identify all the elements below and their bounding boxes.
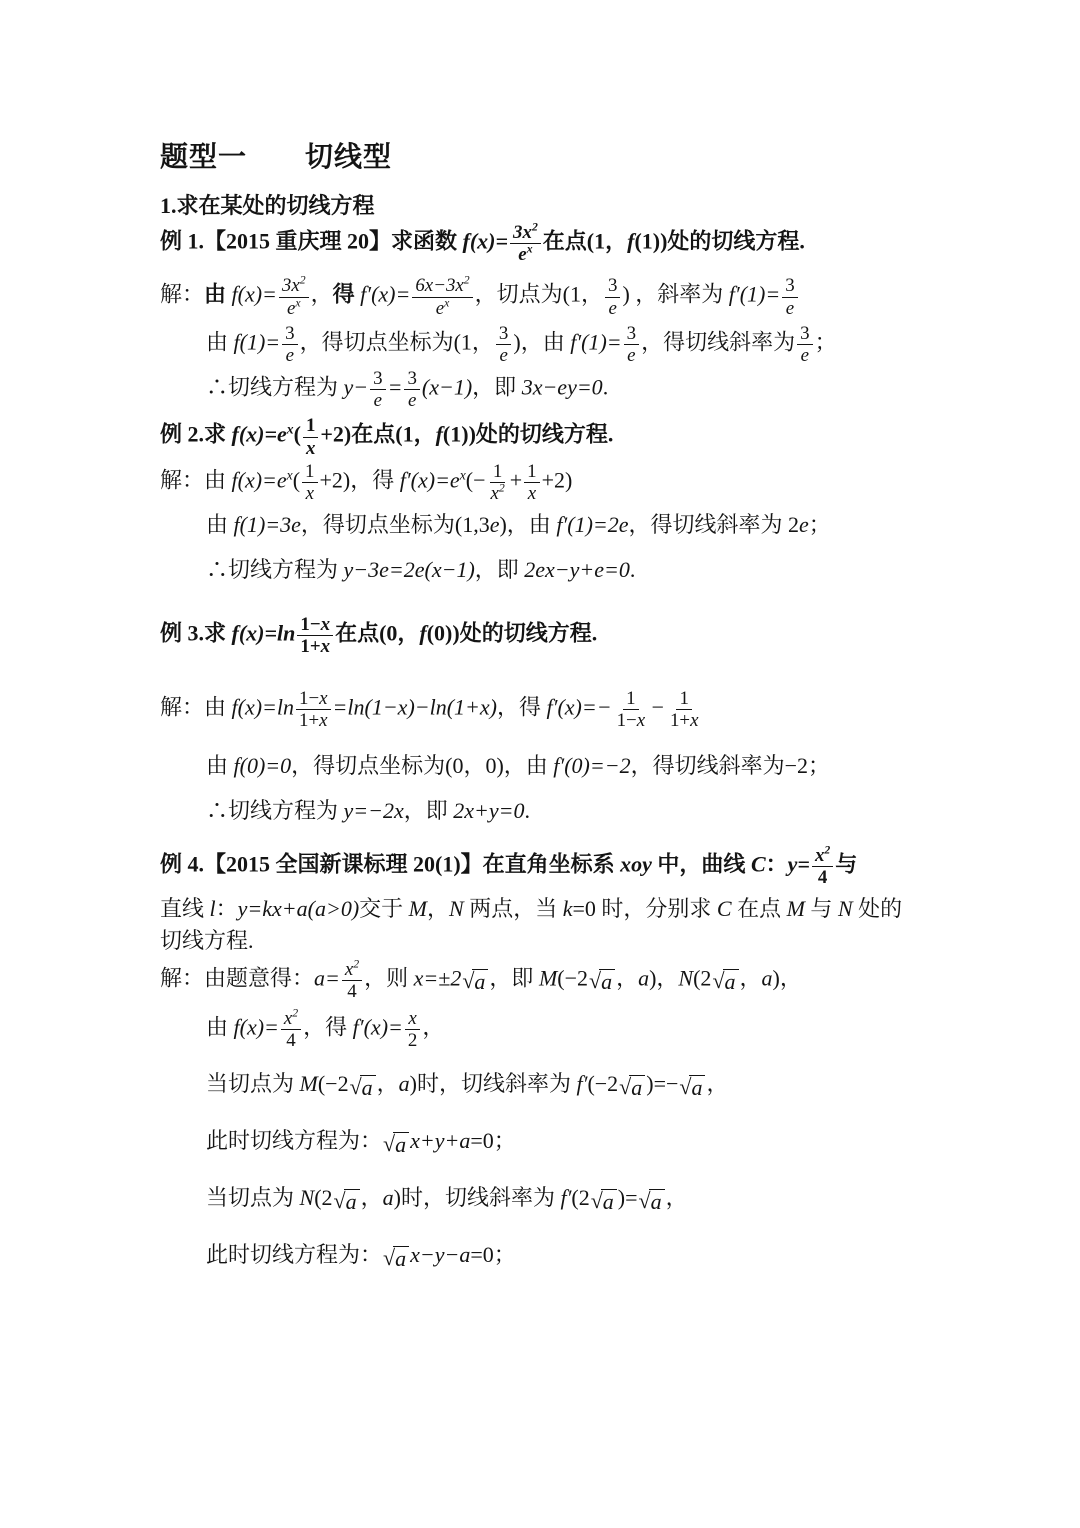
- text-segment: =0 时，分别求: [572, 896, 716, 921]
- math-segment: f(x)=e: [232, 422, 287, 447]
- math-segment: y=kx+a(a>0): [238, 896, 359, 921]
- math-segment: e: [436, 298, 444, 319]
- text-segment: 处的: [853, 896, 903, 921]
- text-segment: (−2: [587, 1071, 618, 1096]
- math-segment: x−y−a: [410, 1242, 470, 1267]
- text-segment: (1))处的切线方程.: [634, 229, 804, 254]
- text-segment: 解：由: [160, 468, 232, 493]
- math-segment: a: [395, 1246, 406, 1271]
- math-segment: x: [690, 710, 698, 731]
- text-segment: 1+: [670, 710, 690, 731]
- text-segment: )，: [649, 965, 678, 990]
- sqrt-radical: √a: [712, 969, 738, 994]
- math-segment: e: [627, 345, 635, 366]
- text-segment: ，: [422, 1015, 444, 1040]
- ex3-sol-3: ∴切线方程为 y=−2x，即 2x+y=0.: [160, 796, 950, 825]
- text-segment: ∴切线方程为: [206, 557, 344, 582]
- ex3-sol-2: 由 f(0)=0，得切点坐标为(0，0)，由 f′(0)=−2，得切线斜率为−2…: [160, 751, 950, 780]
- sqrt-radical: √a: [350, 1075, 376, 1100]
- text-segment: ，得切点坐标为(1,3: [301, 512, 490, 537]
- text-segment: 3: [373, 368, 382, 389]
- fraction: x24: [342, 959, 362, 1002]
- math-segment: f(x)=: [232, 282, 277, 307]
- ex2-heading: 例 2.求 f(x)=ex(1x+2)在点(1，f(1))处的切线方程.: [160, 415, 950, 458]
- math-segment: e: [518, 244, 526, 265]
- math-segment: x: [319, 688, 327, 709]
- text-segment: 3: [499, 323, 508, 344]
- fraction: 3e: [782, 275, 797, 318]
- text-segment: 与: [805, 896, 838, 921]
- text-segment: ，得切线斜率为−2；: [631, 753, 830, 778]
- ex4-sol-4: 此时切线方程为：√ax+y+a=0；: [160, 1126, 950, 1157]
- superscript: 2: [292, 1007, 298, 1020]
- text-segment: .: [603, 375, 609, 400]
- text-segment: 3: [285, 323, 294, 344]
- text-segment: 3: [608, 275, 617, 296]
- text-segment: (−: [466, 468, 486, 493]
- text-segment: 由: [206, 512, 234, 537]
- sqrt-radical: √a: [679, 1075, 705, 1100]
- text-segment: (2: [314, 1185, 332, 1210]
- superscript: 2: [300, 274, 306, 287]
- text-segment: ，即: [472, 375, 522, 400]
- text-segment: ：: [766, 852, 788, 877]
- math-segment: f′(0)=−2: [553, 753, 630, 778]
- text-segment: ，: [311, 282, 333, 307]
- math-segment: f(x)=: [463, 229, 509, 254]
- math-segment: f: [436, 422, 443, 447]
- text-segment: ，得切线斜率为: [641, 329, 795, 354]
- doc-title: 题型一 切线型: [160, 140, 950, 177]
- text-segment: 1: [527, 461, 536, 482]
- math-segment: x: [321, 636, 330, 657]
- text-segment: (: [294, 422, 301, 447]
- text-segment: 3: [800, 323, 809, 344]
- text-segment: 解：由题意得：: [160, 965, 314, 990]
- math-segment: e: [786, 298, 794, 319]
- math-segment: e: [609, 298, 617, 319]
- math-segment: y=−2x: [344, 798, 404, 823]
- text-segment: ；: [815, 329, 837, 354]
- math-segment: k: [563, 896, 573, 921]
- text-segment: 得: [333, 282, 361, 307]
- math-segment: f(1)=: [234, 329, 281, 354]
- math-segment: e: [374, 390, 382, 411]
- text-segment: ，即: [475, 557, 525, 582]
- ex1-sol-2: 由 f(1)=3e，得切点坐标为(1，3e)，由 f′(1)=3e，得切线斜率为…: [160, 323, 950, 366]
- text-segment: 1−: [299, 688, 319, 709]
- text-segment: )，: [773, 965, 802, 990]
- text-segment: ，得: [303, 1015, 353, 1040]
- text-segment: 与: [835, 852, 857, 877]
- text-segment: 例 2.求: [160, 422, 232, 447]
- math-segment: 3x: [513, 222, 532, 243]
- text-segment: 1: [493, 461, 502, 482]
- text-segment: 3: [627, 323, 636, 344]
- text-segment: 3: [785, 275, 794, 296]
- math-segment: a: [603, 1189, 614, 1214]
- text-segment: 直线: [160, 896, 210, 921]
- math-segment: xoy: [620, 852, 652, 877]
- text-segment: 2: [408, 1030, 417, 1051]
- text-segment: .: [630, 557, 636, 582]
- sqrt-radical: √a: [383, 1246, 409, 1271]
- math-segment: a: [601, 969, 612, 994]
- math-segment: a: [651, 1189, 662, 1214]
- text-segment: )时，切线斜率为: [394, 1185, 561, 1210]
- text-segment: ，: [427, 896, 449, 921]
- math-segment: N: [838, 896, 853, 921]
- text-segment: ，: [740, 965, 762, 990]
- math-segment: C: [717, 896, 732, 921]
- text-segment: ，得: [497, 694, 547, 719]
- math-segment: x: [815, 845, 824, 866]
- text-segment: 1.求在某处的切线方程: [160, 193, 375, 218]
- text-segment: ，得切线斜率为 2: [629, 512, 800, 537]
- sqrt-radical: √a: [591, 1189, 617, 1214]
- sqrt-radical: √a: [383, 1132, 409, 1157]
- text-segment: (2: [571, 1185, 589, 1210]
- text-segment: +2): [542, 468, 573, 493]
- superscript: x: [287, 422, 294, 437]
- text-segment: ，: [706, 1071, 728, 1096]
- math-segment: a: [725, 969, 736, 994]
- fraction: 3e: [605, 275, 620, 318]
- math-segment: x: [637, 710, 645, 731]
- text-segment: 1+: [300, 636, 320, 657]
- text-segment: 1+: [299, 710, 319, 731]
- math-segment: a: [362, 1075, 373, 1100]
- math-segment: a: [762, 965, 773, 990]
- math-segment: f′(x)=: [353, 1015, 403, 1040]
- math-segment: f(x)=: [234, 1015, 279, 1040]
- sqrt-radical: √a: [619, 1075, 645, 1100]
- fraction: 1−x1+x: [297, 614, 333, 657]
- text-segment: 1: [305, 461, 314, 482]
- text-segment: .: [525, 798, 531, 823]
- math-segment: x: [408, 1008, 416, 1029]
- text-segment: ，则: [364, 965, 414, 990]
- math-segment: a: [631, 1075, 642, 1100]
- math-segment: a: [638, 965, 649, 990]
- text-segment: 两点，当: [464, 896, 563, 921]
- text-segment: ，: [616, 965, 638, 990]
- text-segment: ∴切线方程为: [206, 798, 344, 823]
- fraction: 11+x: [667, 688, 702, 731]
- text-segment: 4: [286, 1030, 295, 1051]
- text-segment: 1: [306, 415, 315, 436]
- text-segment: ∴切线方程为: [206, 375, 344, 400]
- ex4-sol-2: 由 f(x)=x24，得 f′(x)=x2，: [160, 1008, 950, 1051]
- math-segment: x: [490, 483, 498, 504]
- text-segment: (2: [693, 965, 711, 990]
- math-segment: f′: [560, 1185, 571, 1210]
- text-segment: ，即: [489, 965, 539, 990]
- math-segment: 3x−ey=0: [522, 375, 603, 400]
- fraction: 3e: [370, 368, 385, 411]
- math-segment: f′(1)=2e: [556, 512, 628, 537]
- text-segment: )=: [618, 1185, 638, 1210]
- text-segment: =0；: [470, 1242, 515, 1267]
- math-segment: f′: [577, 1071, 588, 1096]
- fraction: x2: [405, 1008, 420, 1051]
- text-segment: (0))处的切线方程.: [427, 621, 597, 646]
- text-segment: 此时切线方程为：: [206, 1128, 382, 1153]
- math-segment: e: [286, 345, 294, 366]
- ex1-heading: 例 1.【2015 重庆理 20】求函数 f(x)=3x2ex在点(1，f(1)…: [160, 222, 950, 265]
- text-segment: 3: [407, 368, 416, 389]
- math-segment: y−: [344, 375, 369, 400]
- text-segment: ，得切点坐标为(0，0)，由: [291, 753, 553, 778]
- math-segment: x: [319, 710, 327, 731]
- math-segment: y−3e=2e(x−1): [344, 557, 475, 582]
- text-segment: 在点(1，: [543, 229, 627, 254]
- math-segment: f(x)=ln: [232, 621, 296, 646]
- text-segment: 在点(0，: [335, 621, 419, 646]
- text-segment: 例 3.求: [160, 621, 232, 646]
- math-segment: e: [408, 390, 416, 411]
- ex4-sol-5: 当切点为 N(2√a，a)时，切线斜率为 f′(2√a)=√a，: [160, 1183, 950, 1214]
- math-segment: f(x)=ln: [232, 694, 295, 719]
- text-segment: ，切点为(1，: [475, 282, 603, 307]
- math-segment: M: [539, 965, 557, 990]
- text-segment: )，由: [513, 329, 570, 354]
- ex4-sol-3: 当切点为 M(−2√a，a)时，切线斜率为 f′(−2√a)=−√a，: [160, 1069, 950, 1100]
- text-segment: 1−: [617, 710, 637, 731]
- text-segment: (−2: [557, 965, 588, 990]
- text-segment: (1))处的切线方程.: [443, 422, 613, 447]
- text-segment: +: [510, 468, 522, 493]
- fraction: 3x2ex: [510, 222, 541, 265]
- text-segment: 由: [206, 1015, 234, 1040]
- text-segment: 例 4.【2015 全国新课标理 20(1)】在直角坐标系: [160, 852, 620, 877]
- math-segment: C: [751, 852, 766, 877]
- text-segment: 1−: [300, 614, 320, 635]
- superscript: x: [527, 243, 533, 256]
- math-segment: f′(x)=−: [547, 694, 612, 719]
- text-segment: 例 1.【2015 重庆理 20】求函数: [160, 229, 463, 254]
- math-segment: x: [306, 438, 315, 459]
- math-segment: 6x−3x: [415, 275, 463, 296]
- text-segment: 此时切线方程为：: [206, 1242, 382, 1267]
- fraction: 3e: [797, 323, 812, 366]
- text-segment: ；: [809, 512, 831, 537]
- math-segment: e: [801, 345, 809, 366]
- ex4-heading-1: 例 4.【2015 全国新课标理 20(1)】在直角坐标系 xoy 中，曲线 C…: [160, 845, 950, 888]
- math-segment: N: [678, 965, 693, 990]
- ex3-sol-1: 解：由 f(x)=ln1−x1+x=ln(1−x)−ln(1+x)，得 f′(x…: [160, 688, 950, 731]
- ex3-heading: 例 3.求 f(x)=ln1−x1+x在点(0，f(0))处的切线方程.: [160, 614, 950, 657]
- math-segment: f(1)=3e: [234, 512, 301, 537]
- text-segment: =0；: [470, 1128, 515, 1153]
- ex2-sol-2: 由 f(1)=3e，得切点坐标为(1,3e)，由 f′(1)=2e，得切线斜率为…: [160, 510, 950, 539]
- text-segment: ：: [216, 896, 238, 921]
- text-segment: 题型一 切线型: [160, 142, 392, 173]
- text-segment: ，: [377, 1071, 399, 1096]
- math-segment: x+y+a: [410, 1128, 470, 1153]
- fraction: 1x: [303, 415, 318, 458]
- sqrt-radical: √a: [462, 969, 488, 994]
- text-segment: 由: [206, 329, 234, 354]
- text-segment: 4: [347, 981, 356, 1002]
- math-segment: y=: [788, 852, 810, 877]
- superscript: 2: [824, 844, 830, 857]
- math-segment: a: [399, 1071, 410, 1096]
- math-segment: x: [321, 614, 330, 635]
- fraction: 1x: [524, 461, 539, 504]
- math-segment: M: [300, 1071, 318, 1096]
- ex4-sol-1: 解：由题意得：a=x24，则 x=±2√a，即 M(−2√a，a)，N(2√a，…: [160, 959, 950, 1002]
- fraction: x24: [812, 845, 833, 888]
- fraction: 1x2: [487, 461, 507, 504]
- math-segment: a: [346, 1189, 357, 1214]
- fraction: 3e: [404, 368, 419, 411]
- fraction: 11−x: [614, 688, 649, 731]
- sqrt-radical: √a: [589, 969, 615, 994]
- text-segment: 解：由: [160, 694, 232, 719]
- math-segment: M: [409, 896, 427, 921]
- text-segment: )时，切线斜率为: [410, 1071, 577, 1096]
- document-body: 题型一 切线型1.求在某处的切线方程例 1.【2015 重庆理 20】求函数 f…: [160, 140, 950, 1271]
- superscript: x: [444, 296, 449, 309]
- math-segment: a: [395, 1132, 406, 1157]
- fraction: 1x: [302, 461, 317, 504]
- math-segment: =ln(1−x)−ln(1+x): [333, 694, 497, 719]
- math-segment: x: [528, 483, 536, 504]
- ex1-sol-3: ∴切线方程为 y−3e=3e(x−1)，即 3x−ey=0.: [160, 368, 950, 411]
- text-segment: +2)在点(1，: [320, 422, 435, 447]
- math-segment: M: [787, 896, 805, 921]
- fraction: 3e: [624, 323, 639, 366]
- text-segment: )=−: [646, 1071, 678, 1096]
- math-segment: f(0)=0: [234, 753, 292, 778]
- math-segment: N: [300, 1185, 315, 1210]
- math-segment: f′(1)=: [570, 329, 621, 354]
- text-segment: 1: [626, 688, 635, 709]
- fraction: x24: [281, 1008, 301, 1051]
- fraction: 6x−3x2ex: [412, 275, 472, 318]
- text-segment: 中，曲线: [652, 852, 751, 877]
- math-segment: −: [650, 694, 665, 719]
- math-segment: x=±2: [414, 965, 462, 990]
- sqrt-radical: √a: [639, 1189, 665, 1214]
- text-segment: 切线方程.: [160, 928, 254, 953]
- text-segment: 由: [206, 753, 234, 778]
- math-segment: 3x: [282, 275, 300, 296]
- math-segment: a: [691, 1075, 702, 1100]
- superscript: 2: [464, 274, 470, 287]
- math-segment: a: [383, 1185, 394, 1210]
- text-segment: +2)，得: [320, 468, 400, 493]
- text-segment: 当切点为: [206, 1185, 300, 1210]
- fraction: 3e: [496, 323, 511, 366]
- text-segment: 在点: [732, 896, 787, 921]
- math-segment: x: [306, 483, 314, 504]
- math-segment: N: [449, 896, 464, 921]
- math-segment: 2x+y=0: [453, 798, 524, 823]
- math-segment: f: [419, 621, 426, 646]
- text-segment: 1: [679, 688, 688, 709]
- math-segment: e: [799, 512, 809, 537]
- math-segment: a: [474, 969, 485, 994]
- superscript: 2: [353, 957, 359, 970]
- math-segment: =: [388, 375, 403, 400]
- ex1-sol-1: 解：由 f(x)=3x2ex，得 f′(x)=6x−3x2ex，切点为(1，3e…: [160, 275, 950, 318]
- doc-subtitle: 1.求在某处的切线方程: [160, 191, 950, 220]
- ex2-sol-1: 解：由 f(x)=ex(1x+2)，得 f′(x)=ex(−1x2+1x+2): [160, 461, 950, 504]
- math-segment: f(x)=e: [232, 468, 287, 493]
- ex2-sol-3: ∴切线方程为 y−3e=2e(x−1)，即 2ex−y+e=0.: [160, 555, 950, 584]
- text-segment: (−2: [318, 1071, 349, 1096]
- math-segment: a=: [314, 965, 340, 990]
- superscript: x: [295, 296, 300, 309]
- math-segment: f′(x)=e: [400, 468, 460, 493]
- text-segment: 4: [818, 867, 827, 888]
- text-segment: 交于: [359, 896, 409, 921]
- text-segment: ，: [361, 1185, 383, 1210]
- text-segment: ，: [666, 1185, 688, 1210]
- sqrt-radical: √a: [334, 1189, 360, 1214]
- superscript: 2: [532, 221, 538, 234]
- math-segment: e: [499, 345, 507, 366]
- text-segment: 当切点为: [206, 1071, 300, 1096]
- fraction: 3x2ex: [279, 275, 309, 318]
- text-segment: 由: [204, 282, 232, 307]
- math-segment: (x−1): [422, 375, 472, 400]
- math-segment: 2ex−y+e=0: [524, 557, 630, 582]
- math-segment: f′(1)=: [729, 282, 780, 307]
- math-segment: f′(x)=: [360, 282, 410, 307]
- ex4-heading-2: 直线 l：y=kx+a(a>0)交于 M，N 两点，当 k=0 时，分别求 C …: [160, 894, 950, 923]
- superscript: 2: [499, 482, 505, 495]
- text-segment: ) ，斜率为: [622, 282, 728, 307]
- text-segment: 解：: [160, 282, 204, 307]
- text-segment: )，由: [499, 512, 556, 537]
- text-segment: ，得切点坐标为(1，: [300, 329, 494, 354]
- ex4-heading-3: 切线方程.: [160, 926, 950, 955]
- ex4-sol-6: 此时切线方程为：√ax−y−a=0；: [160, 1240, 950, 1271]
- fraction: 1−x1+x: [296, 688, 331, 731]
- text-segment: ，即: [404, 798, 454, 823]
- worksheet-page: 题型一 切线型1.求在某处的切线方程例 1.【2015 重庆理 20】求函数 f…: [0, 0, 1080, 1528]
- fraction: 3e: [282, 323, 297, 366]
- text-segment: (: [293, 468, 300, 493]
